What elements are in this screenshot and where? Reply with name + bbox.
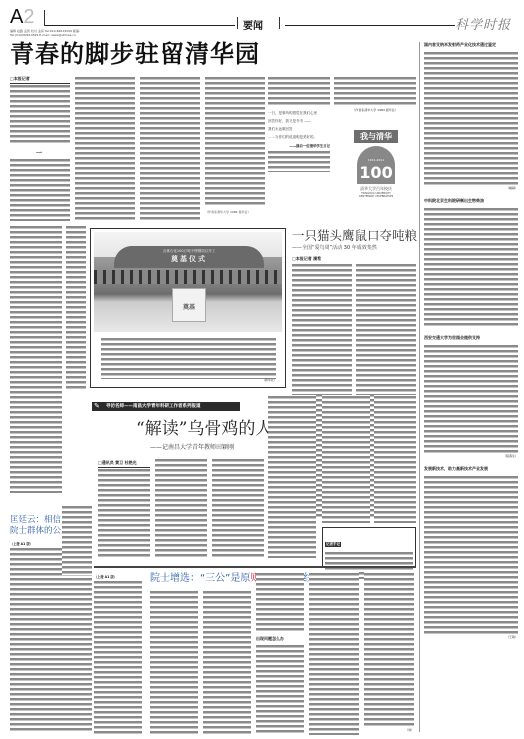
right-item-credit-4: （王敏） bbox=[424, 635, 518, 639]
reporter-note-box: 记者手记 bbox=[322, 527, 416, 567]
ceremony-photo: 吉林石化100万吨不锈钢项目开工 奠基仪式 奠基 bbox=[94, 232, 282, 332]
right-item-title-3: 西安交通大学为世园会提供支持 bbox=[424, 335, 518, 341]
poem-attribution: ——摘自一位清华学生日记 bbox=[268, 143, 330, 148]
centenary-logo: 我与清华 1911-2011 100 清华大学百年校庆 TSINGHUA UNI… bbox=[354, 130, 398, 210]
ceremony-banner: 吉林石化100万吨不锈钢项目开工 奠基仪式 bbox=[114, 246, 264, 268]
right-item-title-1: 国内首支纳米发射药产业化技术通过鉴定 bbox=[424, 42, 518, 48]
series-byline: □通讯员 黄卫 杜艳光 bbox=[98, 460, 150, 468]
poem-intro bbox=[268, 76, 330, 106]
cat-story-subhead: ——全国“爱鸟周”活动 30 年成效斐然 bbox=[292, 244, 416, 251]
bottom-col1 bbox=[94, 580, 142, 735]
right-item-body-3 bbox=[424, 344, 518, 454]
bottom-col4 bbox=[256, 572, 304, 632]
logo-column: （作者系清华大学 1984 届毕业） 我与清华 1911-2011 100 清华… bbox=[334, 76, 416, 226]
bottom-col3 bbox=[203, 590, 251, 735]
main-story-byline: □本报记者 bbox=[10, 76, 70, 84]
series-col3 bbox=[212, 458, 264, 558]
poem-outro bbox=[268, 150, 330, 172]
photo-caption bbox=[101, 337, 276, 379]
bottom-dateline: （上接 A1 版） bbox=[94, 574, 117, 579]
logo-banner: 我与清华 bbox=[354, 130, 398, 143]
series-subhead: ——记南昌大学青年教师田颖刚 bbox=[150, 442, 234, 451]
right-item-body-2 bbox=[424, 207, 518, 327]
page-header: A2 编辑 赵路 孟凯 校对 孟庭 Tel:010-82614599 邮编： T… bbox=[10, 7, 520, 37]
left-col-continue bbox=[62, 505, 92, 575]
right-item-title-4: 发展新技术，助力高新技术产业发展 bbox=[424, 466, 518, 472]
section-label: 要闻 bbox=[243, 17, 263, 32]
left-column-text bbox=[10, 225, 62, 493]
series-col1 bbox=[98, 468, 150, 558]
main-story-signoff: （作者系清华大学 1984 届毕业） bbox=[205, 210, 251, 214]
photo-caption-credit: （新华社） bbox=[262, 378, 277, 382]
crowd bbox=[94, 270, 282, 284]
right-column: 国内首支纳米发射药产业化技术通过鉴定 （臧赫） 中科院北京生科院研制出生物柴油 … bbox=[424, 42, 518, 732]
header-meta: 编辑 赵路 孟凯 校对 孟庭 Tel:010-82614599 邮编： Tel:… bbox=[10, 29, 82, 37]
main-story-col3 bbox=[140, 76, 200, 221]
bottom-story: （上接 A1 版） 院士增选：“三公”是原则 道德为底线 出现问题怎么办 （刘） bbox=[94, 572, 416, 737]
poem-column: 一日，是事所的感觉在我们心里 回答你好，我又是书书 —— 我们永远做回答 ……当… bbox=[268, 76, 330, 226]
bottom-col2 bbox=[150, 590, 198, 735]
left-column-signoff bbox=[10, 495, 62, 500]
series-col4 bbox=[268, 395, 316, 558]
logo-number: 100 bbox=[357, 163, 395, 183]
bottom-col5 bbox=[309, 572, 359, 735]
right-item-body-1 bbox=[424, 51, 518, 186]
logo-intro-signoff: （作者系清华大学 1984 届毕业） bbox=[334, 108, 416, 112]
right-item-title-2: 中科院北京生科院研制出生物柴油 bbox=[424, 198, 518, 204]
logo-en-caption-2: CENTENARY CELEBRATION bbox=[354, 195, 398, 198]
main-story-col4 bbox=[205, 76, 265, 206]
reporter-note-title: 记者手记 bbox=[325, 542, 341, 547]
poem-lines: 一日，是事所的感觉在我们心里 回答你好，我又是书书 —— 我们永远做回答 ……当… bbox=[268, 109, 330, 141]
bottom-credit: （刘） bbox=[405, 728, 414, 732]
series-col6 bbox=[374, 395, 416, 523]
column-divider bbox=[419, 42, 420, 732]
right-item-credit-3: （程春生） bbox=[424, 454, 518, 458]
right-item-body-4 bbox=[424, 475, 518, 635]
foundation-stone: 奠基 bbox=[172, 288, 206, 322]
logo-dome-icon: 1911-2011 100 bbox=[357, 146, 395, 184]
series-col2 bbox=[155, 458, 207, 558]
header-rule-right bbox=[285, 25, 455, 26]
main-headline: 青春的脚步驻留清华园 bbox=[10, 40, 260, 68]
section-divider-right bbox=[279, 17, 280, 29]
cat-story-headline: 一只猫头鹰鼠口夺吨粮 bbox=[292, 228, 416, 243]
pen-icon: ✎ bbox=[94, 402, 100, 411]
bottom-col6 bbox=[364, 572, 414, 727]
main-story-col1b bbox=[10, 158, 70, 221]
bottom-col4b bbox=[256, 644, 304, 735]
logo-intro-text bbox=[334, 76, 416, 106]
masthead-logo: 科学时报 bbox=[455, 14, 511, 33]
section-mark-1: 一 bbox=[36, 148, 42, 157]
series-col5 bbox=[322, 395, 370, 523]
bottom-rule bbox=[94, 566, 416, 568]
photo-box: 吉林石化100万吨不锈钢项目开工 奠基仪式 奠基 （新华社） bbox=[90, 228, 286, 388]
header-rule bbox=[45, 25, 235, 26]
main-story-col2 bbox=[75, 76, 135, 221]
right-item-credit-1: （臧赫） bbox=[424, 186, 518, 190]
text-beside-photo bbox=[66, 225, 86, 390]
section-divider-left bbox=[237, 17, 238, 29]
bottom-subhead: 出现问题怎么办 bbox=[256, 636, 284, 642]
series-banner: ✎ 寻访名师——南昌大学青年科研工作者系列报道 bbox=[92, 402, 240, 411]
series-headline: “解读”乌骨鸡的人 bbox=[136, 418, 272, 440]
main-story-col1 bbox=[10, 84, 70, 144]
header-divider-left bbox=[44, 10, 45, 26]
page-number: A2 bbox=[10, 7, 34, 27]
logo-years: 1911-2011 bbox=[357, 158, 395, 162]
